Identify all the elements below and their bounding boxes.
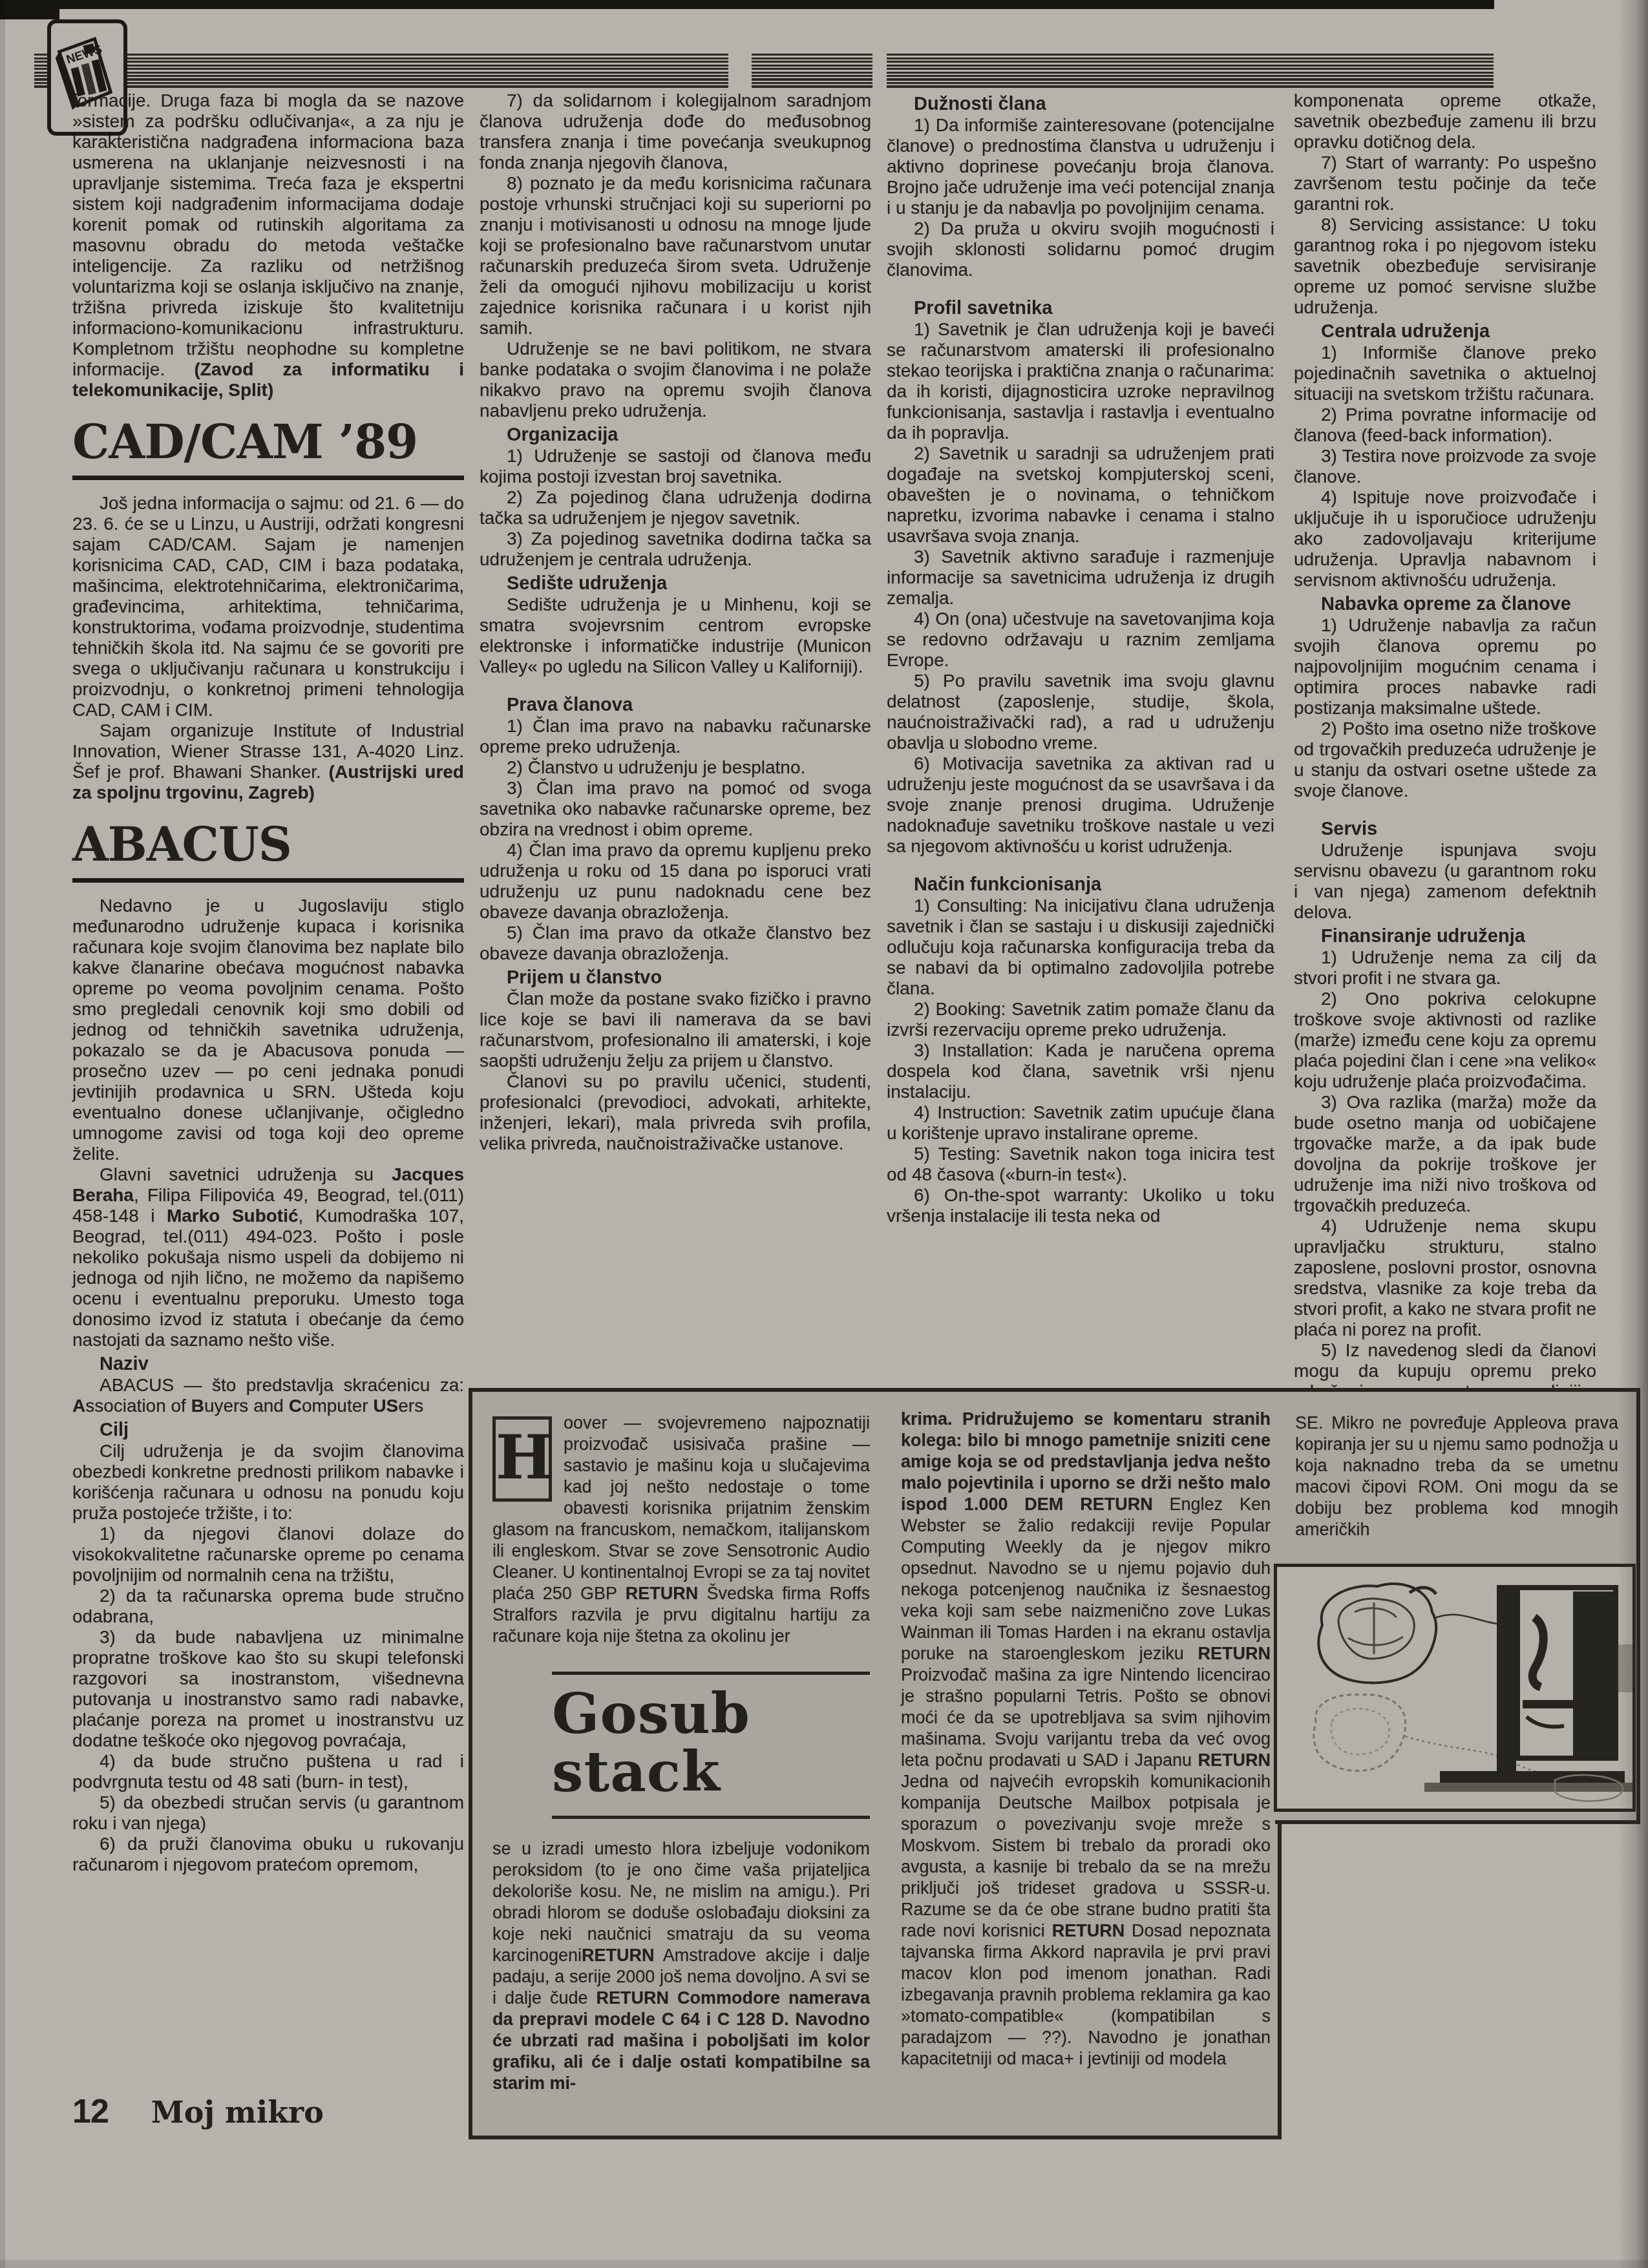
paragraph: 2) Za pojedinog člana udruženja dodirna …: [480, 487, 871, 529]
drop-cap-box: H: [492, 1416, 552, 1502]
paragraph: Članovi su po pravilu učenici, studenti,…: [480, 1071, 871, 1154]
illustration-frame: [1274, 1564, 1636, 1812]
sub-heading: Centrala udruženja: [1294, 320, 1596, 342]
paragraph: 3) Testira nove proizvode za svoje člano…: [1294, 446, 1596, 487]
paragraph: Cilj udruženja je da svojim članovima ob…: [72, 1441, 464, 1524]
paragraph: 1) Informiše članove preko pojedinačnih …: [1294, 342, 1596, 404]
paragraph: 1) da njegovi članovi dolaze do visokokv…: [72, 1524, 464, 1586]
paragraph: 1) Da informiše zainteresovane (potencij…: [887, 115, 1274, 218]
paragraph: 4) Ispituje nove proizvođače i uključuje…: [1294, 487, 1596, 591]
sub-heading: Naziv: [72, 1353, 464, 1375]
page-footer: 12 Moj mikro: [72, 2092, 324, 2131]
paragraph: Udruženje ispunjava svoju servisnu obave…: [1294, 840, 1596, 923]
sub-heading: Servis: [1294, 818, 1596, 840]
paragraph: 3) Član ima pravo na pomoć od svoga save…: [480, 778, 871, 840]
drop-cap-letter: H: [496, 1422, 553, 1493]
pinstripe-gap: [728, 52, 752, 90]
paragraph: 4) Instruction: Savetnik zatim upućuje č…: [887, 1102, 1274, 1144]
news-box-column-right: SE. Mikro ne povređuje Appleova prava ko…: [1295, 1412, 1618, 1540]
paragraph: 4) Udruženje nema skupu upravljačku stru…: [1294, 1216, 1596, 1340]
top-rule-bar-left-end: [0, 0, 59, 19]
pinstripe-gap: [872, 52, 887, 90]
paragraph: 2) Da pruža u okviru svojih mogućnosti i…: [887, 218, 1274, 280]
paragraph: Nedavno je u Jugoslaviju stiglo međunaro…: [72, 896, 464, 1164]
paragraph: 1) Udruženje se sastoji od članova među …: [480, 446, 871, 487]
paragraph: 1) Udruženje nabavlja za račun svojih čl…: [1294, 615, 1596, 719]
paragraph: 3) Za pojedinog savetnika dodirna tačka …: [480, 529, 871, 570]
paragraph: Sedište udruženja je u Minhenu, koji se …: [480, 594, 871, 677]
sub-heading: Finansiranje udruženja: [1294, 925, 1596, 947]
sub-heading: Nabavka opreme za članove: [1294, 593, 1596, 615]
paragraph: Sajam organizuje Institute of Industrial…: [72, 720, 464, 803]
sub-heading: Prijem u članstvo: [480, 967, 871, 989]
paragraph: 8) poznato je da među korisnicima računa…: [480, 173, 871, 339]
paragraph: 2) Ono pokriva celokupne troškove svoje …: [1294, 989, 1596, 1092]
header-pinstripes: [34, 54, 1494, 89]
sub-heading: Način funkcionisanja: [887, 874, 1274, 896]
magazine-name: Moj mikro: [151, 2095, 324, 2130]
news-box-paragraph: krima. Pridružujemo se komentaru stranih…: [901, 1409, 1271, 2070]
sub-heading: Sedište udruženja: [480, 572, 871, 594]
paragraph: 2) Booking: Savetnik zatim pomaže članu …: [887, 999, 1274, 1040]
sub-heading: Organizacija: [480, 424, 871, 446]
sub-heading: Profil savetnika: [887, 297, 1274, 319]
paragraph: 5) da obezbedi stručan servis (u garantn…: [72, 1792, 464, 1834]
section-heading: CAD/CAM ’89: [72, 417, 464, 480]
paragraph: Glavni savetnici udruženja su Jacques Be…: [72, 1164, 464, 1350]
news-box-paragraph: se u izradi umesto hlora izbeljuje vodon…: [492, 1838, 870, 2094]
paragraph: 1) Savetnik je član udruženja koji je ba…: [887, 319, 1274, 443]
paragraph: Još jedna informacija o sajmu: od 21. 6 …: [72, 493, 464, 720]
telephone-sketch-illustration: [1277, 1567, 1632, 1809]
paragraph: 3) Installation: Kada je naručena oprema…: [887, 1040, 1274, 1102]
top-rule-bar: [0, 0, 1494, 9]
paragraph: 6) da pruži članovima obuku u rukovanju …: [72, 1834, 464, 1875]
text-column-1: formacije. Druga faza bi mogla da se naz…: [72, 90, 464, 1875]
scan-edge-shadow-left: [0, 0, 5, 2268]
paragraph: formacije. Druga faza bi mogla da se naz…: [72, 90, 464, 401]
paragraph: komponenata opreme otkaže, savetnik obez…: [1294, 90, 1596, 152]
text-column-3: Dužnosti člana1) Da informiše zaintereso…: [887, 90, 1274, 1226]
paragraph: ABACUS — što predstavlja skraćenicu za: …: [72, 1375, 464, 1416]
paragraph: 3) Ova razlika (marža) može da bude oset…: [1294, 1092, 1596, 1216]
sub-heading: Prava članova: [480, 694, 871, 716]
paragraph: 4) On (ona) učestvuje na savetovanjima k…: [887, 609, 1274, 671]
paragraph: 2) Članstvo u udruženju je besplatno.: [480, 757, 871, 778]
text-column-2: 7) da solidarnom i kolegijalnom saradnjo…: [480, 90, 871, 1154]
paragraph: 8) Servicing assistance: U toku garantno…: [1294, 215, 1596, 318]
paragraph: 2) Pošto ima osetno niže troškove od trg…: [1294, 719, 1596, 801]
paragraph: 3) da bude nabavljena uz minimalne propr…: [72, 1627, 464, 1751]
sub-heading: Cilj: [72, 1419, 464, 1441]
scan-edge-shadow-bottom: [0, 2260, 1648, 2268]
paragraph: 3) Savetnik aktivno sarađuje i razmenjuj…: [887, 547, 1274, 609]
sub-heading: Dužnosti člana: [887, 93, 1274, 115]
paragraph: 1) Član ima pravo na nabavku računarske …: [480, 716, 871, 757]
paragraph: 2) da ta računarska oprema bude stručno …: [72, 1586, 464, 1627]
paragraph: 7) da solidarnom i kolegijalnom saradnjo…: [480, 90, 871, 173]
paragraph: 2) Savetnik u saradnji sa udruženjem pra…: [887, 443, 1274, 547]
paragraph: 5) Po pravilu savetnik ima svoju glavnu …: [887, 671, 1274, 753]
paragraph: 5) Član ima pravo da otkaže članstvo bez…: [480, 923, 871, 964]
page-number: 12: [72, 2092, 109, 2131]
paragraph: 4) da bude stručno puštena u rad i podvr…: [72, 1751, 464, 1792]
paragraph: Udruženje se ne bavi politikom, ne stvar…: [480, 339, 871, 421]
paragraph: 6) On-the-spot warranty: Ukoliko u toku …: [887, 1185, 1274, 1226]
news-box-column-left: H oover — svojevremeno najpoznatiji proi…: [492, 1412, 870, 2094]
section-heading: ABACUS: [72, 820, 464, 883]
paragraph: Član može da postane svako fizičko i pra…: [480, 989, 871, 1071]
scan-edge-shadow-right: [1618, 0, 1648, 2268]
paragraph: 4) Član ima pravo da opremu kupljenu pre…: [480, 840, 871, 923]
gosub-stack-heading-block: Gosub stack: [552, 1672, 870, 1819]
text-column-4: komponenata opreme otkaže, savetnik obez…: [1294, 90, 1596, 1444]
paragraph: 1) Udruženje nema za cilj da stvori prof…: [1294, 947, 1596, 989]
magazine-page: NEWS formacije. Druga faza bi mogla da s…: [0, 0, 1648, 2268]
paragraph: 6) Motivacija savetnika za aktivan rad u…: [887, 753, 1274, 857]
paragraph: 1) Consulting: Na inicijativu člana udru…: [887, 896, 1274, 999]
news-box-column-middle: krima. Pridružujemo se komentaru stranih…: [901, 1409, 1271, 2070]
gosub-stack-title: Gosub stack: [552, 1685, 870, 1801]
paragraph: 2) Prima povratne informacije od članova…: [1294, 404, 1596, 446]
paragraph: 7) Start of warranty: Po uspešno završen…: [1294, 152, 1596, 215]
news-box-right-bottom-border: [1275, 1820, 1640, 1824]
paragraph: 5) Testing: Savetnik nakon toga inicira …: [887, 1144, 1274, 1185]
news-box-paragraph: SE. Mikro ne povređuje Appleova prava ko…: [1295, 1412, 1618, 1540]
